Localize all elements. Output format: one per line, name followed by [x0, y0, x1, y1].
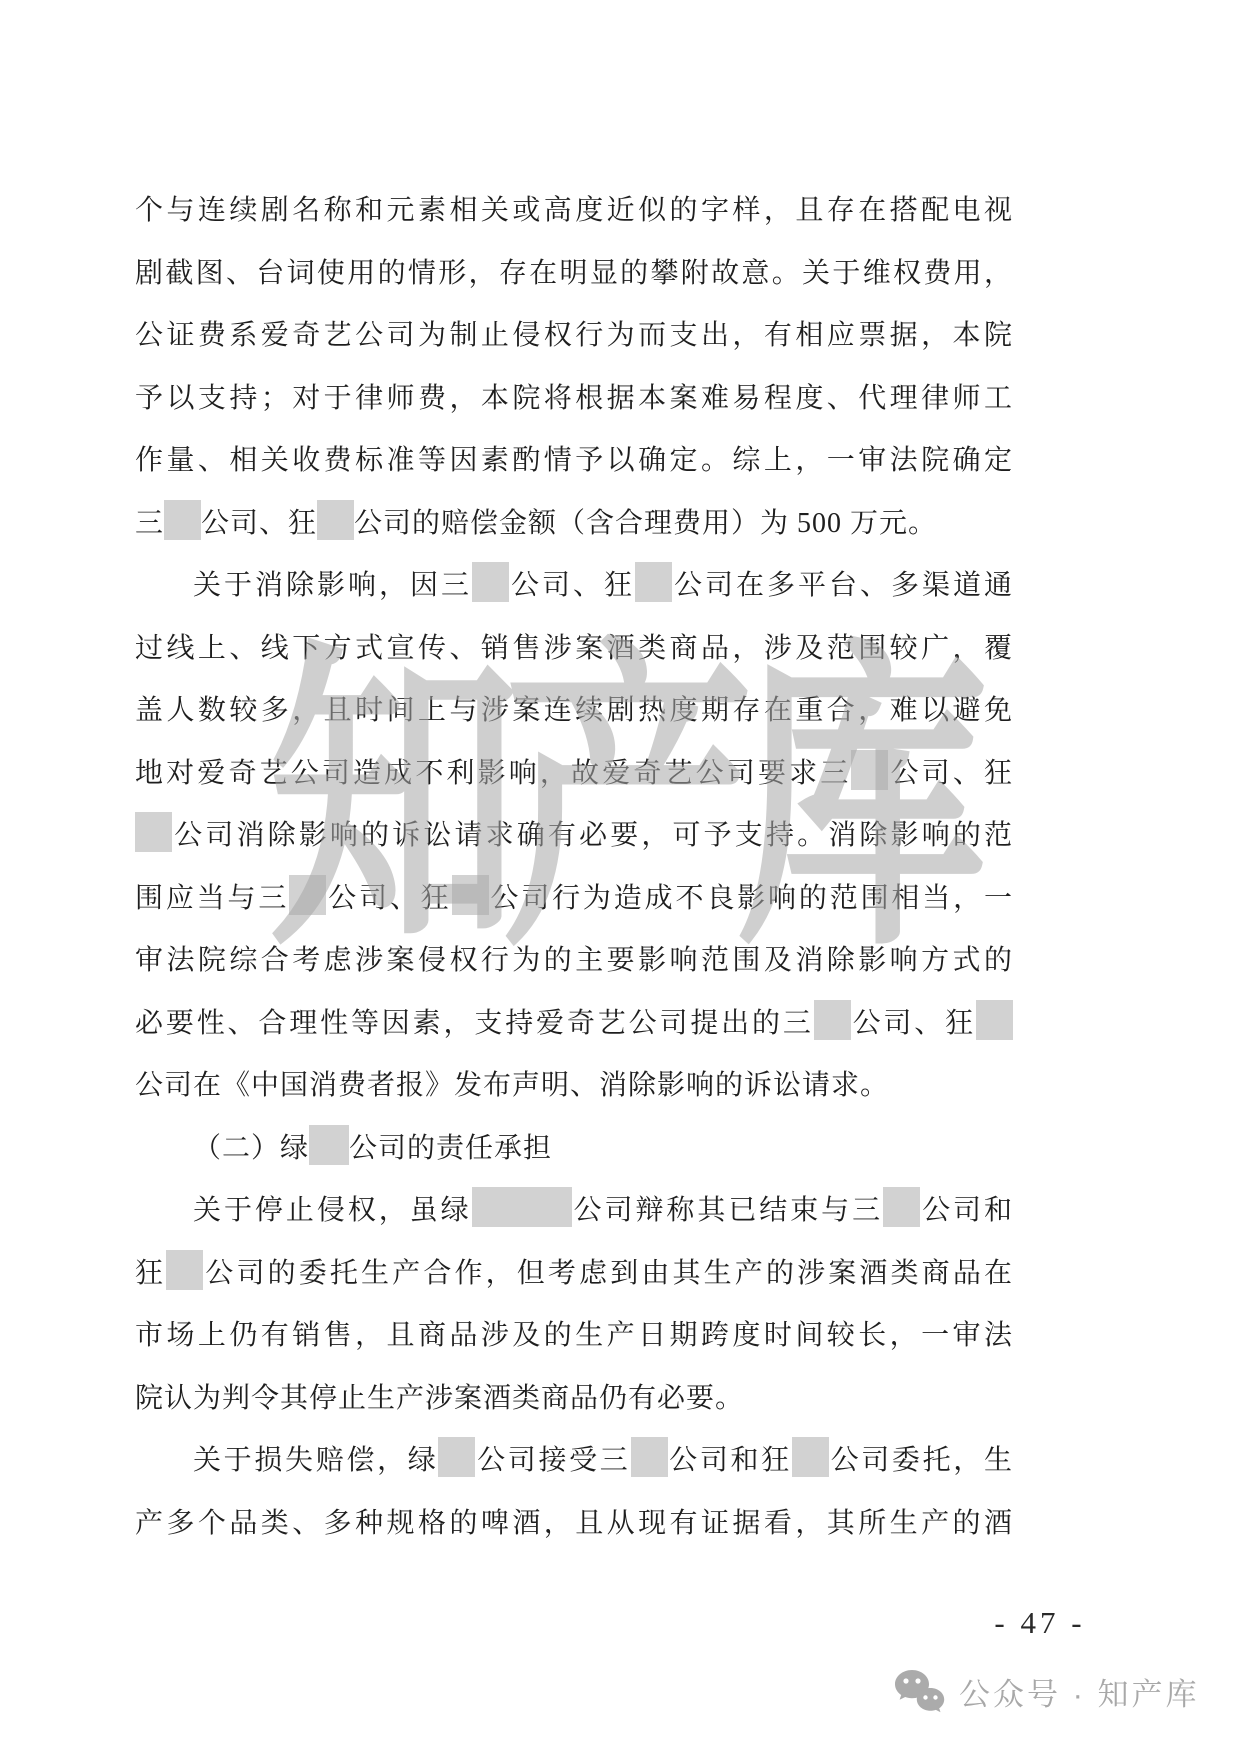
redaction-box: [472, 1187, 572, 1227]
footer-account-label: 公众号 · 知产库: [959, 1669, 1200, 1714]
text-line: 剧截图、台词使用的情形，存在明显的攀附故意。关于维权费用，: [135, 243, 1013, 306]
text-run: 过线上、线下方式宣传、销售涉案酒类商品，涉及范围较广，覆: [135, 633, 1013, 664]
text-run: 公司消除影响的诉讼请求确有必要，可予支持。消除影响的范: [172, 820, 1013, 851]
text-run: 地对爱奇艺公司造成不利影响，故爱奇艺公司要求三: [135, 758, 851, 789]
text-run: 公司委托，生: [829, 1445, 1013, 1476]
text-run: 公司接受三: [475, 1445, 630, 1476]
text-line: 个与连续剧名称和元素相关或高度近似的字样，且存在搭配电视: [135, 180, 1013, 243]
redaction-box: [631, 1437, 668, 1477]
text-line: 公司消除影响的诉讼请求确有必要，可予支持。消除影响的范: [135, 805, 1013, 868]
text-run: 关于损失赔偿，绿: [193, 1445, 438, 1476]
redaction-box: [814, 1000, 851, 1040]
redaction-box: [976, 1000, 1013, 1040]
text-line: 关于消除影响，因三公司、狂公司在多平台、多渠道通: [135, 555, 1013, 618]
text-line: 予以支持；对于律师费，本院将根据本案难易程度、代理律师工: [135, 368, 1013, 431]
text-run: 产多个品类、多种规格的啤酒，且从现有证据看，其所生产的酒: [135, 1508, 1013, 1539]
text-line: 产多个品类、多种规格的啤酒，且从现有证据看，其所生产的酒: [135, 1493, 1013, 1556]
redaction-box: [317, 500, 354, 540]
text-run: 围应当与三: [135, 883, 289, 914]
text-line: 狂公司的委托生产合作，但考虑到由其生产的涉案酒类商品在: [135, 1243, 1013, 1306]
text-line: 作量、相关收费标准等因素酌情予以确定。综上，一审法院确定: [135, 430, 1013, 493]
text-run: 狂: [135, 1258, 166, 1289]
document-body: 个与连续剧名称和元素相关或高度近似的字样，且存在搭配电视剧截图、台词使用的情形，…: [135, 180, 1013, 1555]
text-run: （二）绿: [193, 1133, 309, 1164]
text-run: 公司的委托生产合作，但考虑到由其生产的涉案酒类商品在: [203, 1258, 1013, 1289]
text-run: 公司、狂: [851, 1008, 976, 1039]
text-line: 地对爱奇艺公司造成不利影响，故爱奇艺公司要求三公司、狂: [135, 743, 1013, 806]
footer: 公众号 · 知产库: [893, 1668, 1200, 1714]
text-run: 个与连续剧名称和元素相关或高度近似的字样，且存在搭配电视: [135, 195, 1013, 226]
redaction-box: [635, 562, 672, 602]
text-run: 公司、狂: [509, 570, 635, 601]
text-line: 必要性、合理性等因素，支持爱奇艺公司提出的三公司、狂: [135, 993, 1013, 1056]
text-run: 公司、狂: [888, 758, 1013, 789]
text-run: 公司辩称其已结束与三: [572, 1195, 884, 1226]
text-run: 公司在多平台、多渠道通: [672, 570, 1013, 601]
text-run: 盖人数较多，且时间上与涉案连续剧热度期存在重合，难以避免: [135, 695, 1013, 726]
text-run: 公司行为造成不良影响的范围相当，一: [489, 883, 1013, 914]
page-number: - 47 -: [930, 1605, 1150, 1641]
text-line: 盖人数较多，且时间上与涉案连续剧热度期存在重合，难以避免: [135, 680, 1013, 743]
redaction-box: [883, 1187, 920, 1227]
text-run: 公司和: [920, 1195, 1013, 1226]
text-line: 院认为判令其停止生产涉案酒类商品仍有必要。: [135, 1368, 1013, 1431]
text-line: 公司在《中国消费者报》发布声明、消除影响的诉讼请求。: [135, 1055, 1013, 1118]
text-run: 关于消除影响，因三: [193, 570, 472, 601]
redaction-box: [792, 1437, 829, 1477]
text-run: 必要性、合理性等因素，支持爱奇艺公司提出的三: [135, 1008, 814, 1039]
text-line: （二）绿公司的责任承担: [135, 1118, 1013, 1181]
text-line: 审法院综合考虑涉案侵权行为的主要影响范围及消除影响方式的: [135, 930, 1013, 993]
text-line: 市场上仍有销售，且商品涉及的生产日期跨度时间较长，一审法: [135, 1305, 1013, 1368]
text-run: 公司的责任承担: [349, 1133, 552, 1164]
text-line: 围应当与三公司、狂公司行为造成不良影响的范围相当，一: [135, 868, 1013, 931]
text-line: 公证费系爱奇艺公司为制止侵权行为而支出，有相应票据，本院: [135, 305, 1013, 368]
redaction-box: [289, 875, 326, 915]
text-line: 关于停止侵权，虽绿公司辩称其已结束与三公司和: [135, 1180, 1013, 1243]
text-run: 公司的赔偿金额（含合理费用）为 500 万元。: [354, 508, 937, 539]
text-run: 公司、狂: [326, 883, 451, 914]
text-run: 剧截图、台词使用的情形，存在明显的攀附故意。关于维权费用，: [135, 258, 1013, 289]
text-run: 公司、狂: [201, 508, 317, 539]
redaction-box: [851, 750, 888, 790]
text-run: 市场上仍有销售，且商品涉及的生产日期跨度时间较长，一审法: [135, 1320, 1013, 1351]
text-run: 作量、相关收费标准等因素酌情予以确定。综上，一审法院确定: [135, 445, 1013, 476]
redaction-box: [166, 1250, 203, 1290]
text-run: 院认为判令其停止生产涉案酒类商品仍有必要。: [135, 1383, 744, 1414]
text-run: 关于停止侵权，虽绿: [193, 1195, 472, 1226]
text-run: 审法院综合考虑涉案侵权行为的主要影响范围及消除影响方式的: [135, 945, 1013, 976]
redaction-box: [309, 1125, 349, 1165]
text-run: 公司和狂: [668, 1445, 792, 1476]
text-run: 三: [135, 508, 164, 539]
text-line: 过线上、线下方式宣传、销售涉案酒类商品，涉及范围较广，覆: [135, 618, 1013, 681]
text-line: 关于损失赔偿，绿公司接受三公司和狂公司委托，生: [135, 1430, 1013, 1493]
redaction-box: [452, 875, 489, 915]
redaction-box: [438, 1437, 475, 1477]
text-run: 予以支持；对于律师费，本院将根据本案难易程度、代理律师工: [135, 383, 1013, 414]
text-run: 公证费系爱奇艺公司为制止侵权行为而支出，有相应票据，本院: [135, 320, 1013, 351]
text-run: 公司在《中国消费者报》发布声明、消除影响的诉讼请求。: [135, 1070, 889, 1101]
redaction-box: [135, 812, 172, 852]
wechat-icon: [893, 1668, 945, 1714]
redaction-box: [472, 562, 509, 602]
text-line: 三公司、狂公司的赔偿金额（含合理费用）为 500 万元。: [135, 493, 1013, 556]
redaction-box: [164, 500, 201, 540]
